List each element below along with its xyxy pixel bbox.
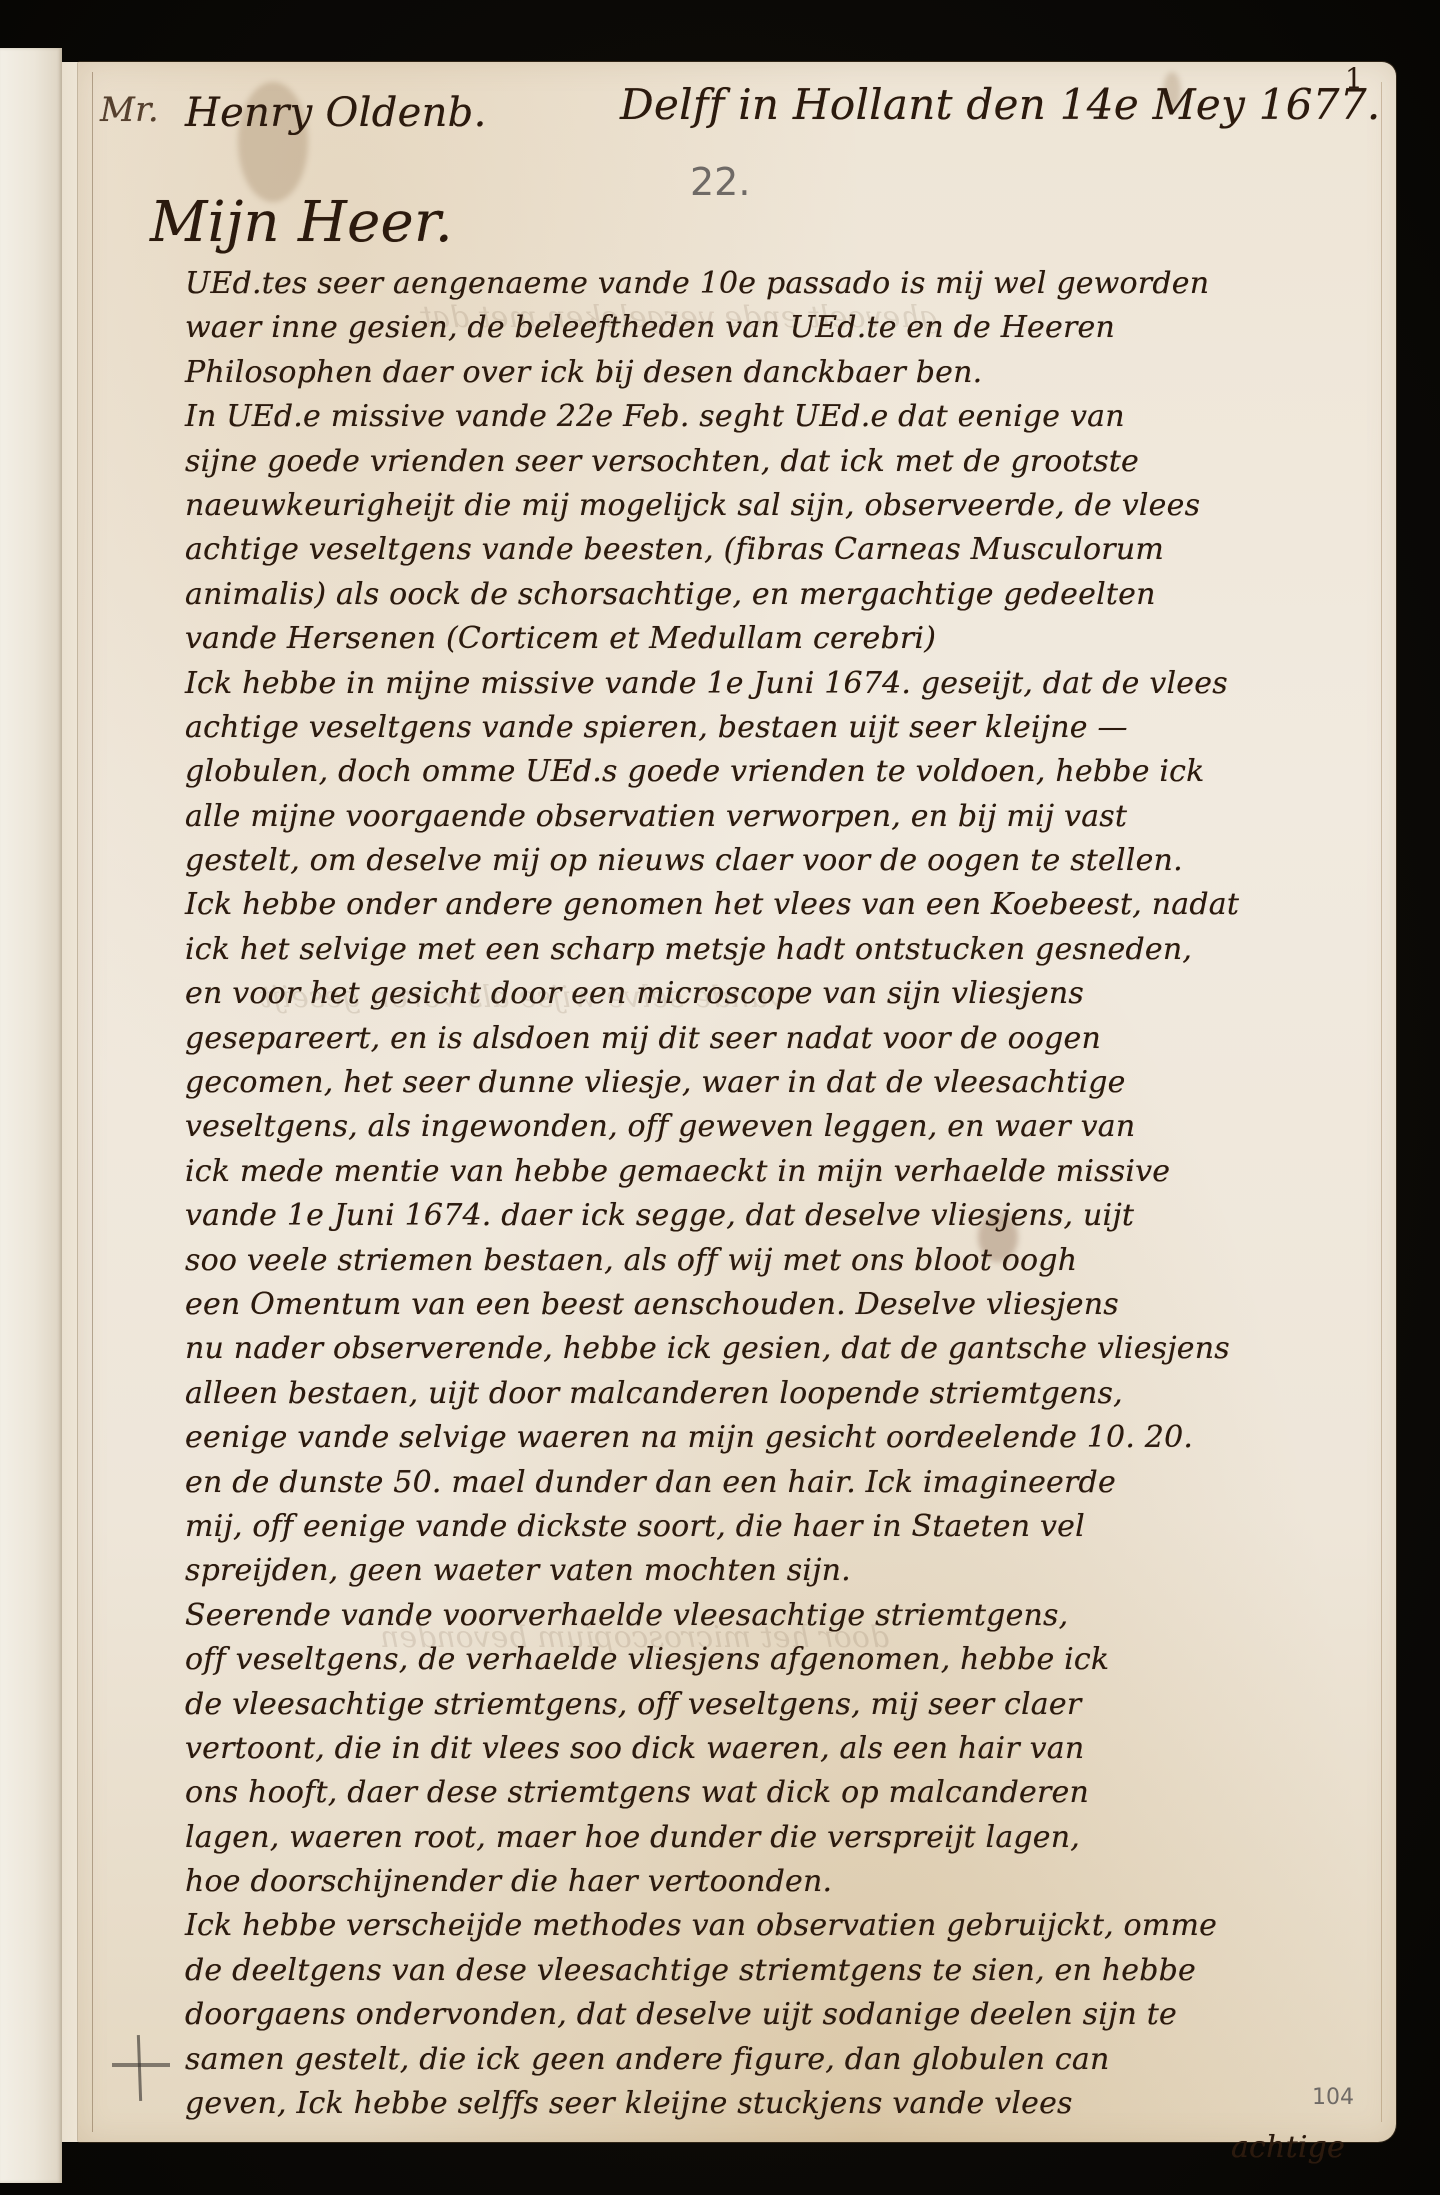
place-and-date: Delff in Hollant den 14e Mey 1677.: [620, 80, 1381, 129]
body-line: de vleesachtige striemtgens, off veseltg…: [185, 1683, 1375, 1727]
body-line: vertoont, die in dit vlees soo dick waer…: [185, 1727, 1375, 1771]
body-line: gestelt, om deselve mij op nieuws claer …: [185, 839, 1375, 883]
body-line: ick mede mentie van hebbe gemaeckt in mi…: [185, 1150, 1375, 1194]
body-line: globulen, doch omme UEd.s goede vrienden…: [185, 750, 1375, 794]
body-line: Ick hebbe in mijne missive vande 1e Juni…: [185, 662, 1375, 706]
body-line: veseltgens, als ingewonden, off geweven …: [185, 1105, 1375, 1149]
body-line: gecomen, het seer dunne vliesje, waer in…: [185, 1061, 1375, 1105]
body-line: en voor het gesicht door een microscope …: [185, 972, 1375, 1016]
body-line: sijne goede vrienden seer versochten, da…: [185, 440, 1375, 484]
body-line: UEd.tes seer aengenaeme vande 10e passad…: [185, 262, 1375, 306]
body-line: mij, off eenige vande dickste soort, die…: [185, 1505, 1375, 1549]
body-line: Philosophen daer over ick bij desen danc…: [185, 351, 1375, 395]
body-line: waer inne gesien, de beleeftheden van UE…: [185, 306, 1375, 350]
recipient-name: Henry Oldenb.: [185, 90, 487, 136]
body-line: Seerende vande voorverhaelde vleesachtig…: [185, 1594, 1375, 1638]
body-line: achtige veseltgens vande spieren, bestae…: [185, 706, 1375, 750]
body-line: soo veele striemen bestaen, als off wij …: [185, 1239, 1375, 1283]
body-line: ons hooft, daer dese striemtgens wat dic…: [185, 1771, 1375, 1815]
salutation: Mijn Heer.: [150, 190, 453, 255]
body-line: nu nader observerende, hebbe ick gesien,…: [185, 1327, 1375, 1371]
folio-number-bottom: 104: [1312, 2085, 1354, 2110]
body-line: doorgaens ondervonden, dat deselve uijt …: [185, 1993, 1375, 2037]
body-line: een Omentum van een beest aenschouden. D…: [185, 1283, 1375, 1327]
page-number: 1: [1345, 62, 1363, 95]
recipient-prefix: Mr.: [100, 90, 159, 130]
body-line: en de dunste 50. mael dunder dan een hai…: [185, 1461, 1375, 1505]
body-line: In UEd.e missive vande 22e Feb. seght UE…: [185, 395, 1375, 439]
body-line: achtige veseltgens vande beesten, (fibra…: [185, 528, 1375, 572]
catchword: achtige: [185, 2126, 1375, 2170]
body-line: de deeltgens van dese vleesachtige strie…: [185, 1949, 1375, 1993]
binding-strip: [0, 48, 62, 2183]
body-line: eenige vande selvige waeren na mijn gesi…: [185, 1416, 1375, 1460]
body-line: spreijden, geen waeter vaten mochten sij…: [185, 1549, 1375, 1593]
body-line: animalis) als oock de schorsachtige, en …: [185, 573, 1375, 617]
body-line: lagen, waeren root, maer hoe dunder die …: [185, 1816, 1375, 1860]
body-line: vande 1e Juni 1674. daer ick segge, dat …: [185, 1194, 1375, 1238]
body-line: vande Hersenen (Corticem et Medullam cer…: [185, 617, 1375, 661]
body-line: ick het selvige met een scharp metsje ha…: [185, 928, 1375, 972]
body-line: hoe doorschijnender die haer vertoonden.: [185, 1860, 1375, 1904]
letter-body: UEd.tes seer aengenaeme vande 10e passad…: [185, 262, 1375, 2171]
body-line: samen gestelt, die ick geen andere figur…: [185, 2038, 1375, 2082]
pencil-folio-number: 22.: [690, 160, 750, 204]
body-line: Ick hebbe verscheijde methodes van obser…: [185, 1904, 1375, 1948]
body-line: gesepareert, en is alsdoen mij dit seer …: [185, 1017, 1375, 1061]
pencil-cross-mark-icon: [112, 2063, 170, 2067]
body-line: naeuwkeurigheijt die mij mogelijck sal s…: [185, 484, 1375, 528]
body-line: geven, Ick hebbe selffs seer kleijne stu…: [185, 2082, 1375, 2126]
body-line: alle mijne voorgaende observatien verwor…: [185, 795, 1375, 839]
body-line: Ick hebbe onder andere genomen het vlees…: [185, 883, 1375, 927]
body-line: alleen bestaen, uijt door malcanderen lo…: [185, 1372, 1375, 1416]
body-line: off veseltgens, de verhaelde vliesjens a…: [185, 1638, 1375, 1682]
